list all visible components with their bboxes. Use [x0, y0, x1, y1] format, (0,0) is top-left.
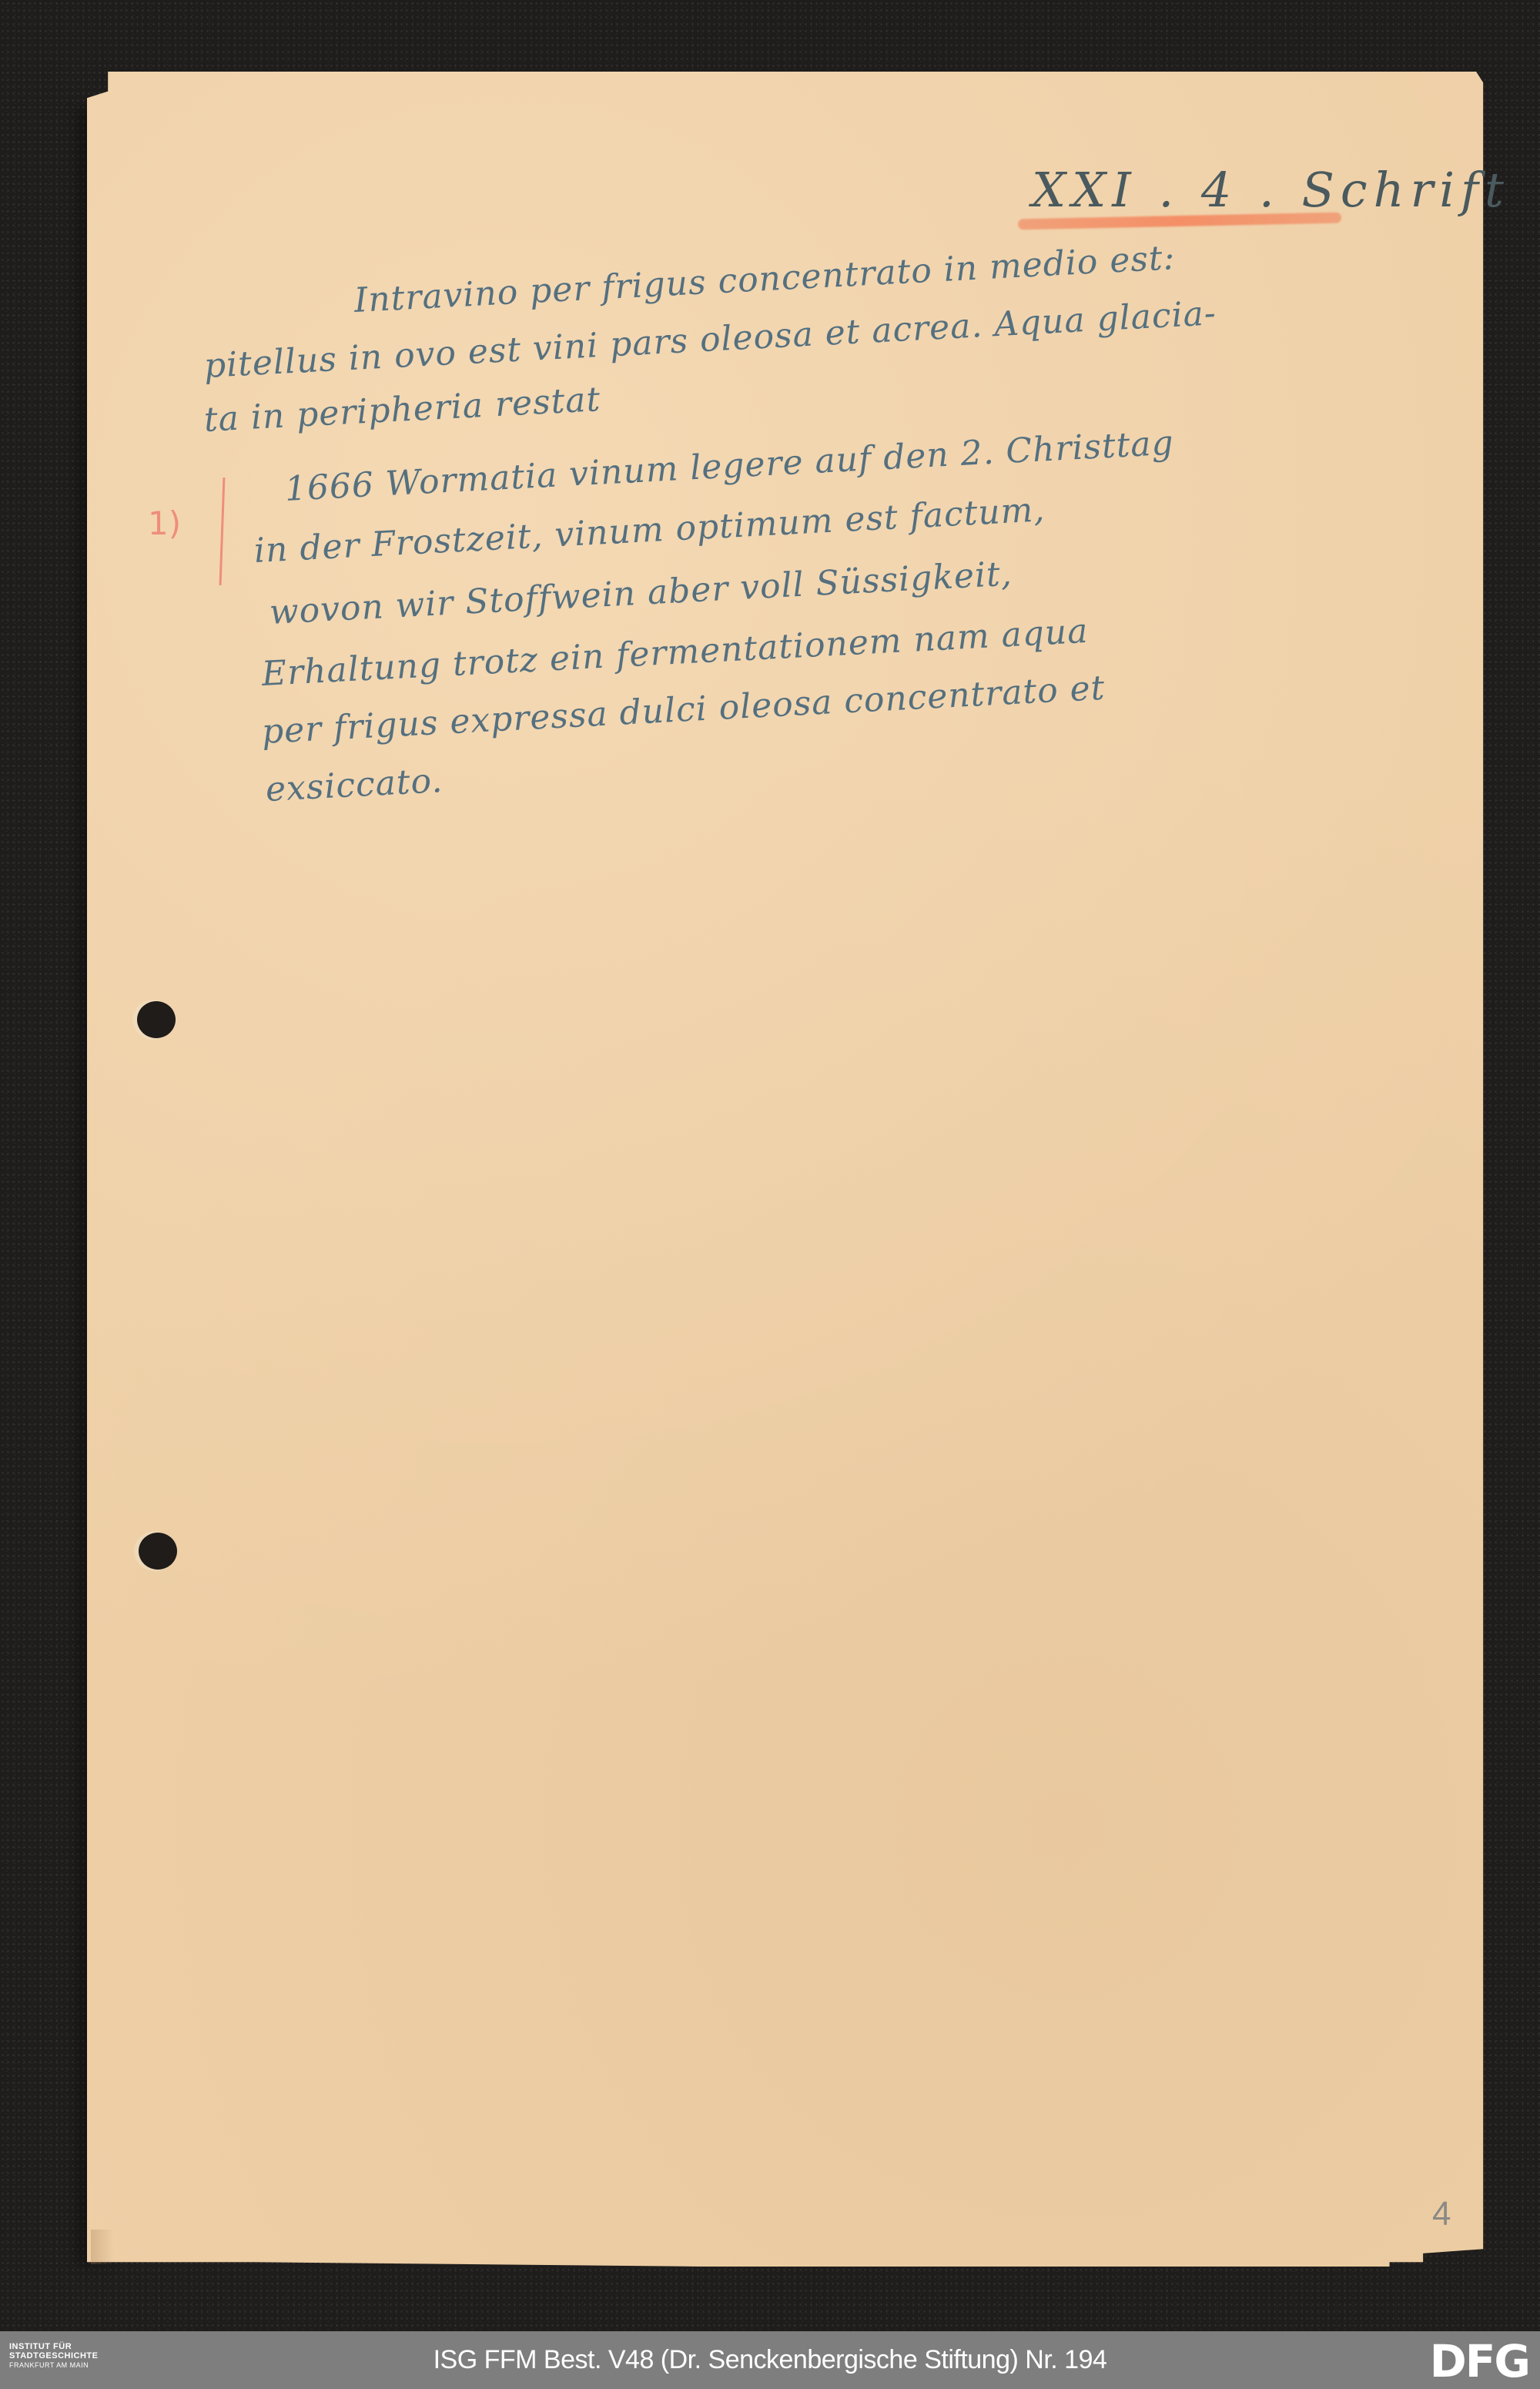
dfg-logo: DFG [1430, 2339, 1529, 2384]
punch-hole-top [137, 1001, 176, 1038]
page-number: 4 [1432, 2195, 1451, 2233]
header-annotation: XXI . 4 . Schrift [1032, 162, 1510, 218]
paper-fold [91, 2230, 114, 2264]
archive-caption: ISG FFM Best. V48 (Dr. Senckenbergische … [0, 2345, 1540, 2375]
margin-note: 1) [148, 504, 181, 542]
punch-hole-bottom [139, 1533, 177, 1570]
footer-bar: INSTITUT FÜR STADTGESCHICHTE FRANKFURT A… [0, 2331, 1540, 2389]
